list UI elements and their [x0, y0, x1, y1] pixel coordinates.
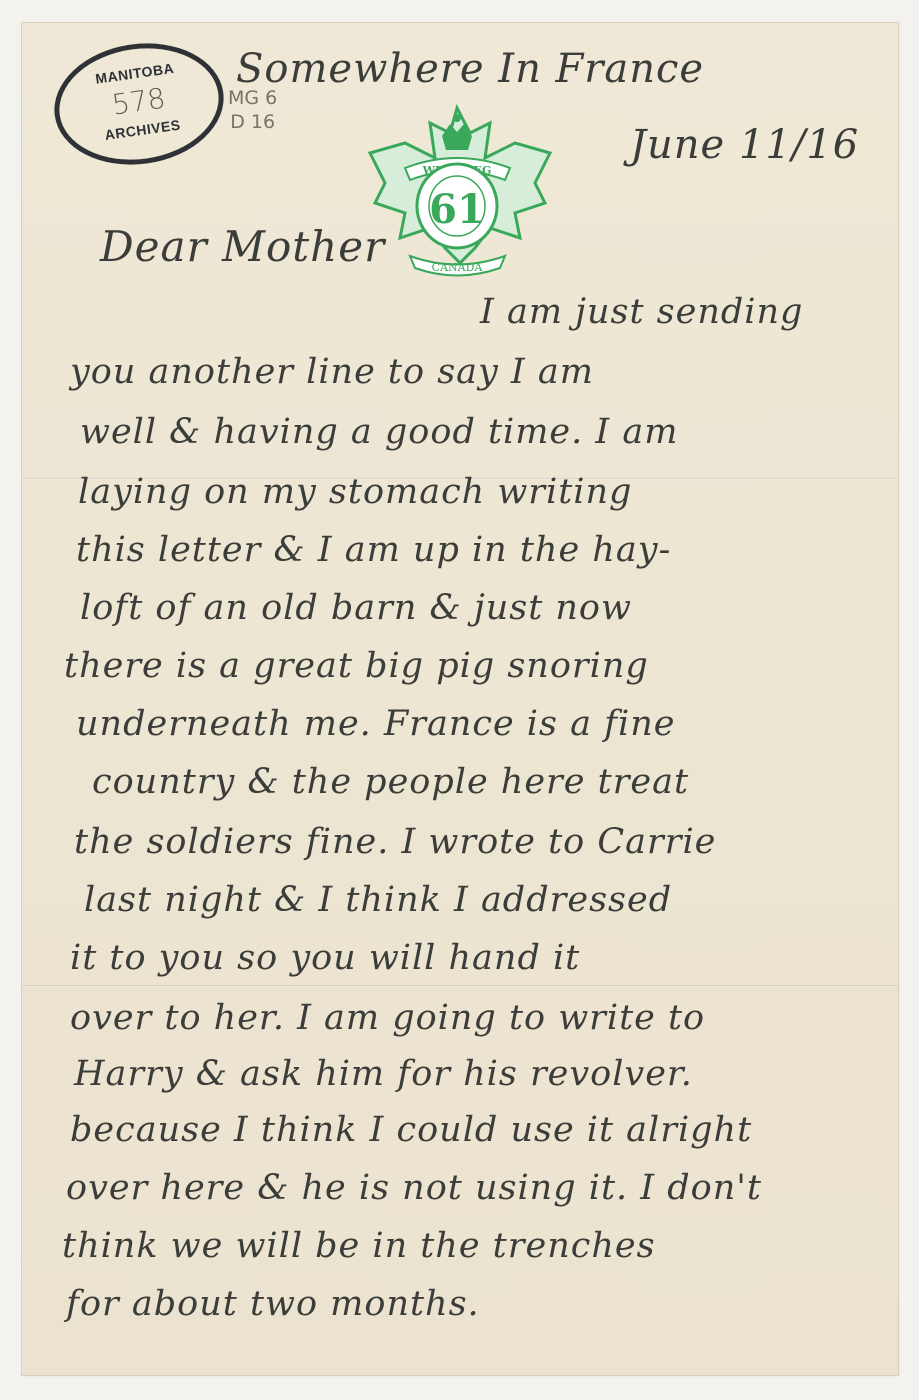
body-line: I am just sending [480, 292, 803, 332]
letter-place: Somewhere In France [236, 46, 704, 92]
body-line: it to you so you will hand it [70, 938, 580, 978]
body-line: think we will be in the trenches [62, 1226, 656, 1266]
body-line: underneath me. France is a fine [76, 704, 675, 744]
body-line: because I think I could use it alright [70, 1110, 752, 1150]
body-line: country & the people here treat [92, 762, 689, 802]
call-number-line2: D 16 [228, 110, 277, 134]
body-line: Harry & ask him for his revolver. [74, 1054, 693, 1094]
body-line: the soldiers fine. I wrote to Carrie [74, 822, 716, 862]
letter-salutation: Dear Mother [100, 222, 385, 271]
body-line: for about two months. [66, 1284, 480, 1324]
call-number: MG 6 D 16 [228, 86, 277, 134]
body-line: last night & I think I addressed [84, 880, 672, 920]
body-line: laying on my stomach writing [78, 472, 632, 512]
body-line: there is a great big pig snoring [64, 646, 649, 686]
body-line: over to her. I am going to write to [70, 998, 705, 1038]
body-line: you another line to say I am [70, 352, 594, 392]
body-line: over here & he is not using it. I don't [66, 1168, 762, 1208]
svg-text:61: 61 [429, 186, 485, 233]
svg-text:CANADA: CANADA [432, 261, 484, 274]
body-line: loft of an old barn & just now [80, 588, 632, 628]
fold-line [22, 985, 898, 987]
letter-date: June 11/16 [630, 122, 859, 168]
body-line: well & having a good time. I am [80, 412, 678, 452]
crown-icon [442, 114, 472, 150]
body-line: this letter & I am up in the hay- [76, 530, 671, 570]
